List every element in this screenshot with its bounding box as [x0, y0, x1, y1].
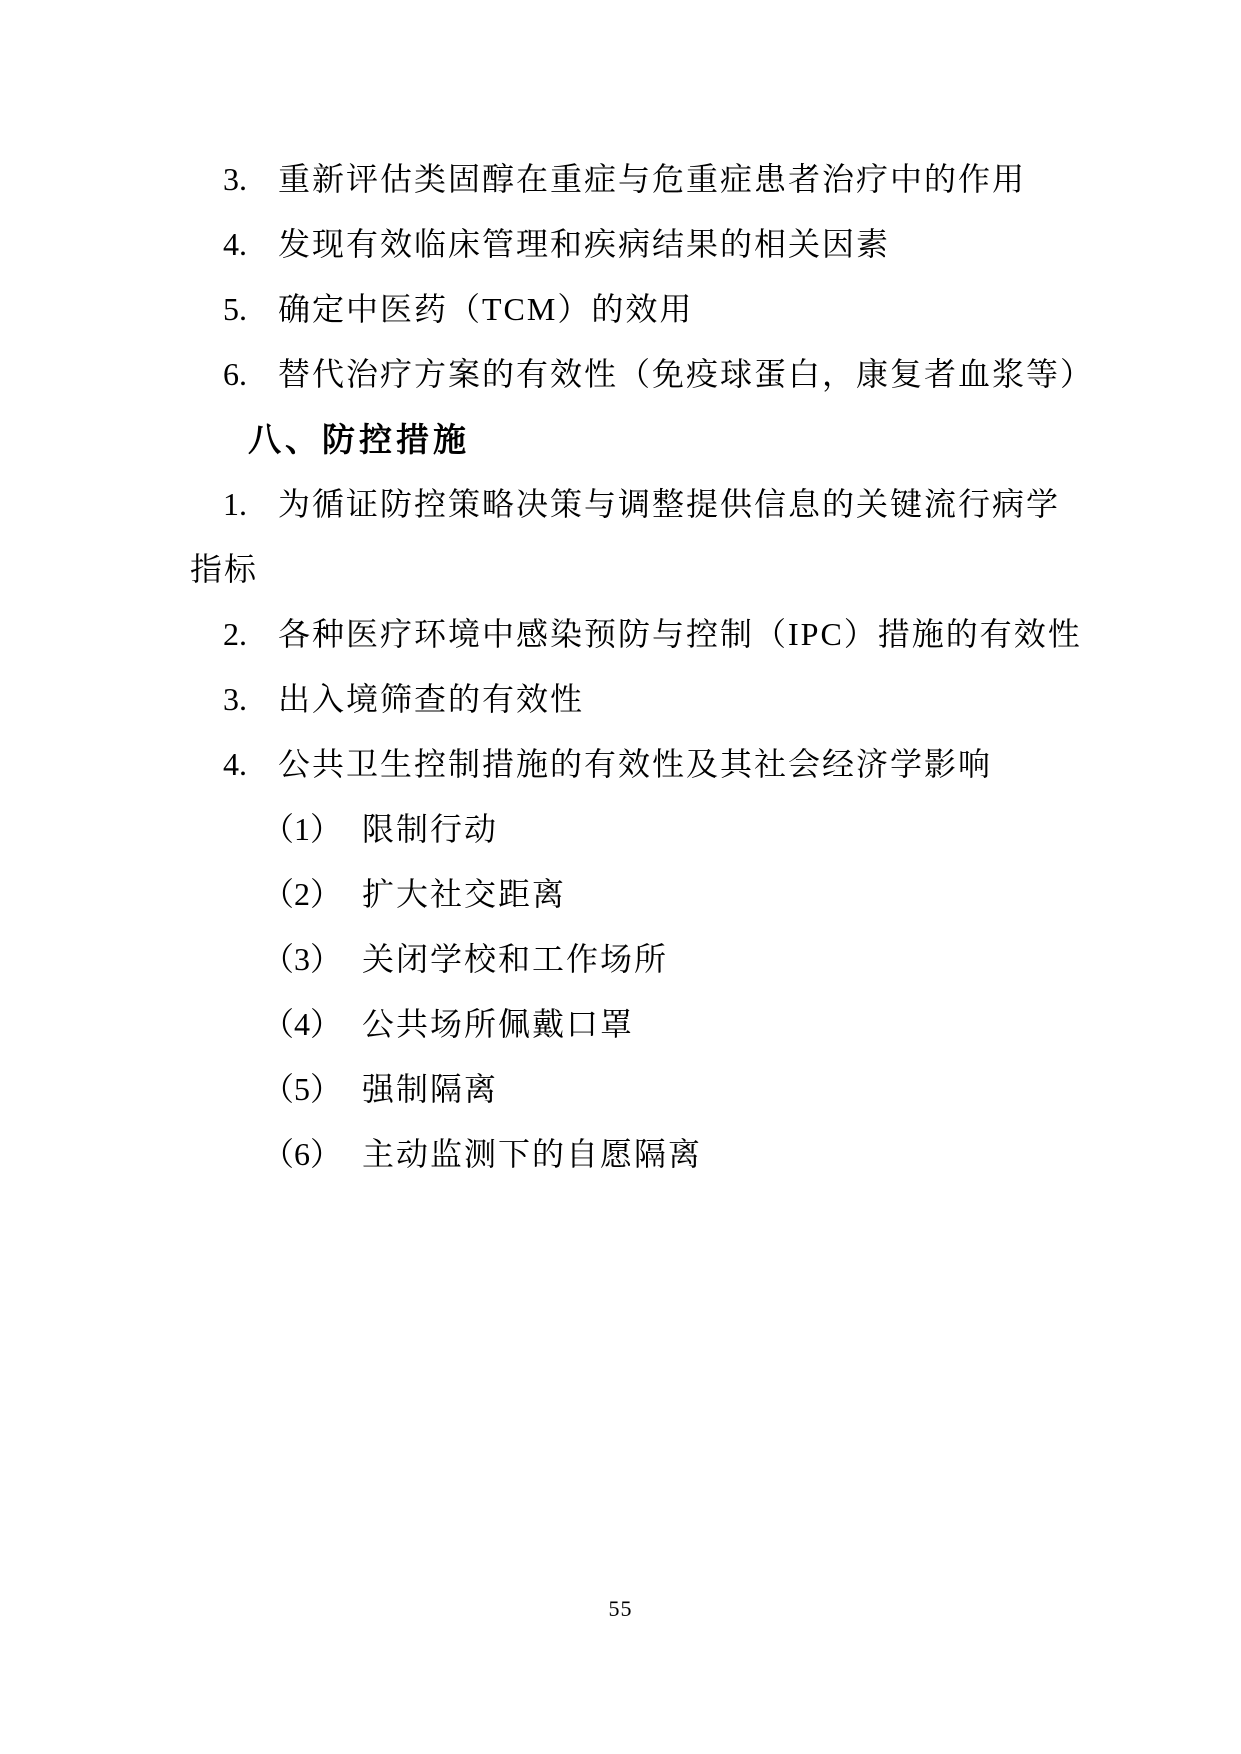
list-item: 2.各种医疗环境中感染预防与控制（IPC）措施的有效性 — [190, 602, 1060, 667]
document-page: 3.重新评估类固醇在重症与危重症患者治疗中的作用 4.发现有效临床管理和疾病结果… — [0, 0, 1241, 1754]
item-number: 5. — [223, 277, 278, 342]
sub-item-number: （4） — [262, 992, 362, 1057]
item-text: 出入境筛查的有效性 — [278, 681, 584, 717]
sub-item-number: （5） — [262, 1057, 362, 1122]
item-number: 3. — [223, 667, 278, 732]
list-item: 6.替代治疗方案的有效性（免疫球蛋白，康复者血浆等） — [190, 342, 1060, 407]
item-text: 各种医疗环境中感染预防与控制（IPC）措施的有效性 — [278, 616, 1082, 652]
section-heading: 八、防控措施 — [190, 407, 1060, 472]
list-item: 5.确定中医药（TCM）的效用 — [190, 277, 1060, 342]
list-item-continuation: 指标 — [190, 537, 1060, 602]
item-text: 确定中医药（TCM）的效用 — [278, 291, 693, 327]
document-body: 3.重新评估类固醇在重症与危重症患者治疗中的作用 4.发现有效临床管理和疾病结果… — [190, 147, 1060, 1187]
item-number: 6. — [223, 342, 278, 407]
sub-list-item: （2）扩大社交距离 — [190, 862, 1060, 927]
page-number: 55 — [609, 1596, 633, 1621]
sub-item-number: （2） — [262, 862, 362, 927]
item-number: 4. — [223, 732, 278, 797]
sub-item-text: 公共场所佩戴口罩 — [362, 1006, 634, 1042]
list-item: 3.出入境筛查的有效性 — [190, 667, 1060, 732]
sub-list-item: （6）主动监测下的自愿隔离 — [190, 1122, 1060, 1187]
sub-item-number: （6） — [262, 1122, 362, 1187]
sub-item-text: 扩大社交距离 — [362, 876, 566, 912]
item-text: 替代治疗方案的有效性（免疫球蛋白，康复者血浆等） — [278, 356, 1094, 392]
item-text: 重新评估类固醇在重症与危重症患者治疗中的作用 — [278, 161, 1026, 197]
item-text: 发现有效临床管理和疾病结果的相关因素 — [278, 226, 890, 262]
sub-list-item: （1）限制行动 — [190, 797, 1060, 862]
list-item: 3.重新评估类固醇在重症与危重症患者治疗中的作用 — [190, 147, 1060, 212]
item-number: 2. — [223, 602, 278, 667]
sub-item-text: 关闭学校和工作场所 — [362, 941, 668, 977]
sub-list-item: （3）关闭学校和工作场所 — [190, 927, 1060, 992]
sub-item-number: （3） — [262, 927, 362, 992]
sub-item-text: 主动监测下的自愿隔离 — [362, 1136, 702, 1172]
list-item: 4.公共卫生控制措施的有效性及其社会经济学影响 — [190, 732, 1060, 797]
sub-list-item: （4）公共场所佩戴口罩 — [190, 992, 1060, 1057]
item-text: 为循证防控策略决策与调整提供信息的关键流行病学 — [278, 486, 1060, 522]
list-item: 4.发现有效临床管理和疾病结果的相关因素 — [190, 212, 1060, 277]
item-number: 3. — [223, 147, 278, 212]
page-footer: 55 — [0, 1596, 1241, 1622]
item-number: 4. — [223, 212, 278, 277]
item-number: 1. — [223, 472, 278, 537]
item-text: 公共卫生控制措施的有效性及其社会经济学影响 — [278, 746, 992, 782]
list-item: 1.为循证防控策略决策与调整提供信息的关键流行病学 — [190, 472, 1060, 537]
sub-list-item: （5）强制隔离 — [190, 1057, 1060, 1122]
sub-item-number: （1） — [262, 797, 362, 862]
sub-item-text: 强制隔离 — [362, 1071, 498, 1107]
sub-item-text: 限制行动 — [362, 811, 498, 847]
